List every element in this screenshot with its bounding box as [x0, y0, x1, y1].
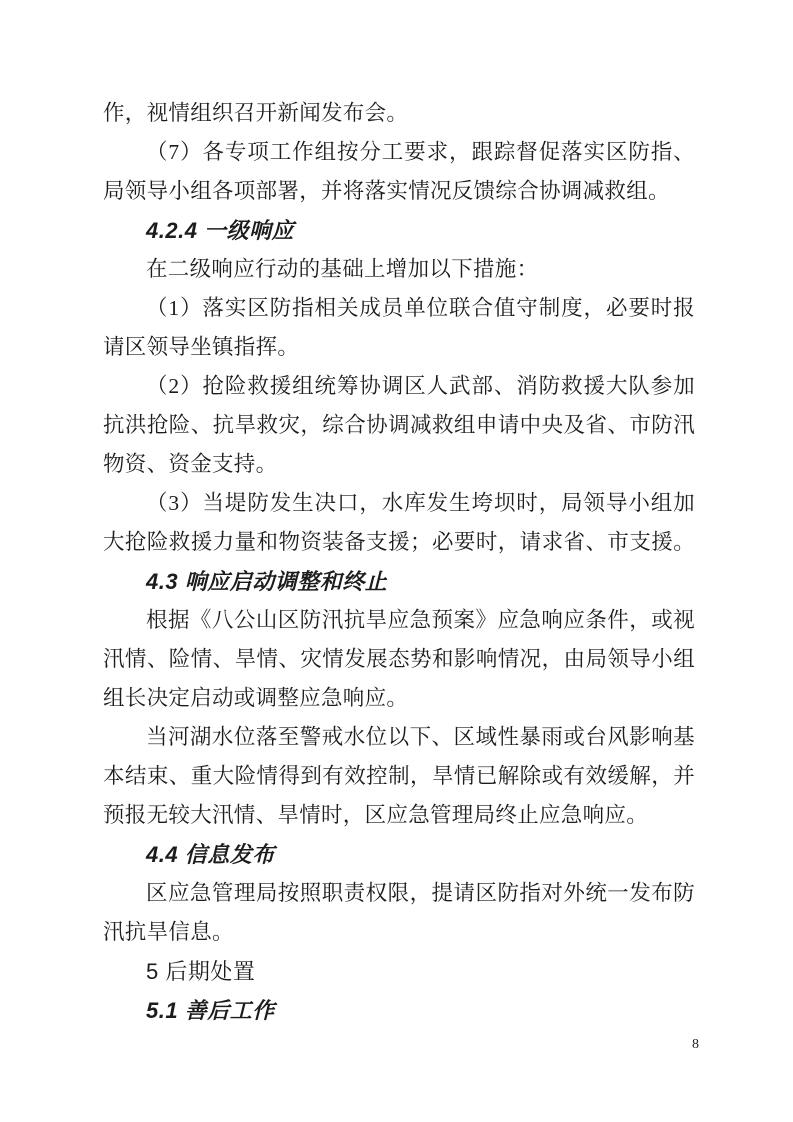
- paragraph-line: （3）当堤防发生决口，水库发生垮坝时，局领导小组加: [103, 484, 695, 523]
- document-lines: 作，视情组织召开新闻发布会。（7）各专项工作组按分工要求，跟踪督促落实区防指、局…: [103, 94, 695, 1030]
- paragraph-line: 当河湖水位落至警戒水位以下、区域性暴雨或台风影响基: [103, 718, 695, 757]
- paragraph-line: 大抢险救援力量和物资装备支援；必要时，请求省、市支援。: [103, 523, 695, 562]
- section-heading: 5.1 善后工作: [103, 991, 695, 1030]
- paragraph-line: 汛情、险情、旱情、灾情发展态势和影响情况，由局领导小组: [103, 640, 695, 679]
- paragraph-line: 区应急管理局按照职责权限，提请区防指对外统一发布防: [103, 874, 695, 913]
- paragraph-line: 组长决定启动或调整应急响应。: [103, 679, 695, 718]
- paragraph-line: 局领导小组各项部署，并将落实情况反馈综合协调减救组。: [103, 172, 695, 211]
- paragraph-line: 请区领导坐镇指挥。: [103, 328, 695, 367]
- paragraph-line: 在二级响应行动的基础上增加以下措施：: [103, 250, 695, 289]
- chapter-heading: 5 后期处置: [103, 952, 695, 991]
- page-number: 8: [692, 1036, 699, 1054]
- section-heading: 4.3 响应启动调整和终止: [103, 562, 695, 601]
- paragraph-line: 作，视情组织召开新闻发布会。: [103, 94, 695, 133]
- section-heading: 4.4 信息发布: [103, 835, 695, 874]
- paragraph-line: 预报无较大汛情、旱情时，区应急管理局终止应急响应。: [103, 796, 695, 835]
- paragraph-line: 抗洪抢险、抗旱救灾，综合协调减救组申请中央及省、市防汛: [103, 406, 695, 445]
- paragraph-line: 汛抗旱信息。: [103, 913, 695, 952]
- paragraph-line: （1）落实区防指相关成员单位联合值守制度，必要时报: [103, 289, 695, 328]
- paragraph-line: （2）抢险救援组统筹协调区人武部、消防救援大队参加: [103, 367, 695, 406]
- paragraph-line: 本结束、重大险情得到有效控制，旱情已解除或有效缓解，并: [103, 757, 695, 796]
- document-page: 作，视情组织召开新闻发布会。（7）各专项工作组按分工要求，跟踪督促落实区防指、局…: [0, 0, 793, 1122]
- paragraph-line: 根据《八公山区防汛抗旱应急预案》应急响应条件，或视: [103, 601, 695, 640]
- paragraph-line: 物资、资金支持。: [103, 445, 695, 484]
- section-heading: 4.2.4 一级响应: [103, 211, 695, 250]
- paragraph-line: （7）各专项工作组按分工要求，跟踪督促落实区防指、: [103, 133, 695, 172]
